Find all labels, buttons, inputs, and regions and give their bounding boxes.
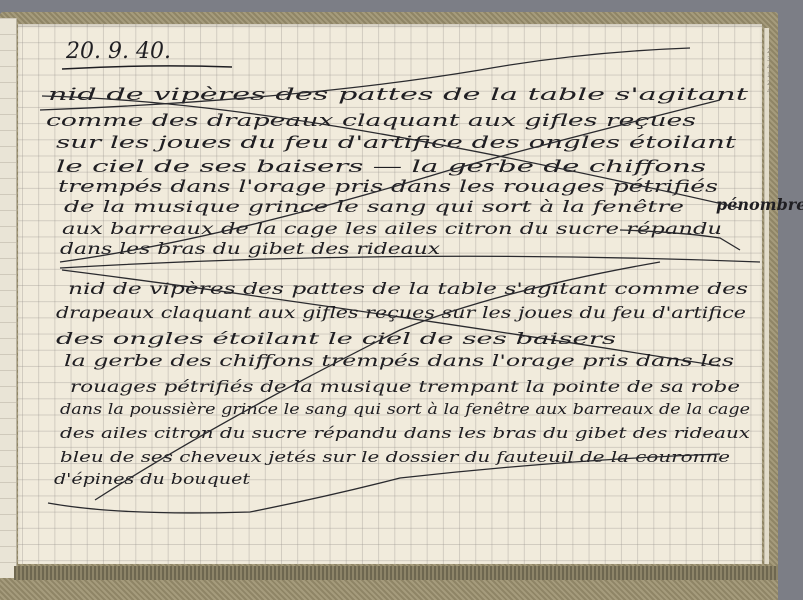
draft-1-line: trempés dans l'orage pris dans les rouag… <box>58 177 718 197</box>
draft-2-line: rouages pétrifiés de la musique trempant… <box>70 377 740 396</box>
date-underline <box>62 66 232 69</box>
draft-2-line: d'épines du bouquet <box>54 470 251 488</box>
crossed-word: pénombre <box>716 195 803 214</box>
draft-2: nid de vipères des pattes de la table s'… <box>54 279 751 488</box>
draft-1-line: le ciel de ses baisers — la gerbe de chi… <box>56 157 706 177</box>
draft-2-line: bleu de ses cheveux jetés sur le dossier… <box>60 448 730 466</box>
draft-1-line: dans les bras du gibet des rideaux <box>60 239 440 258</box>
draft-2-line: des ongles étoilant le ciel de ses baise… <box>56 329 616 348</box>
draft-2-line: dans la poussière grince le sang qui sor… <box>60 400 750 418</box>
draft-1: nid de vipères des pattes de la table s'… <box>46 85 803 258</box>
draft-2-line: drapeaux claquant aux gifles reçues sur … <box>56 303 746 322</box>
draft-2-line: des ailes citron du sucre répandu dans l… <box>60 424 751 442</box>
draft-2-line: nid de vipères des pattes de la table s'… <box>68 279 748 298</box>
date-heading: 20. 9. 40. <box>65 39 171 64</box>
handwriting-layer: 20. 9. 40. nid de vipères des pattes de … <box>0 0 803 600</box>
draft-2-line: la gerbe des chiffons trempés dans l'ora… <box>64 351 734 370</box>
draft-1-line: comme des drapeaux claquant aux gifles r… <box>46 111 696 131</box>
draft-1-line: de la musique grince le sang qui sort à … <box>64 197 684 216</box>
draft-1-line: aux barreaux de la cage les ailes citron… <box>62 219 722 238</box>
